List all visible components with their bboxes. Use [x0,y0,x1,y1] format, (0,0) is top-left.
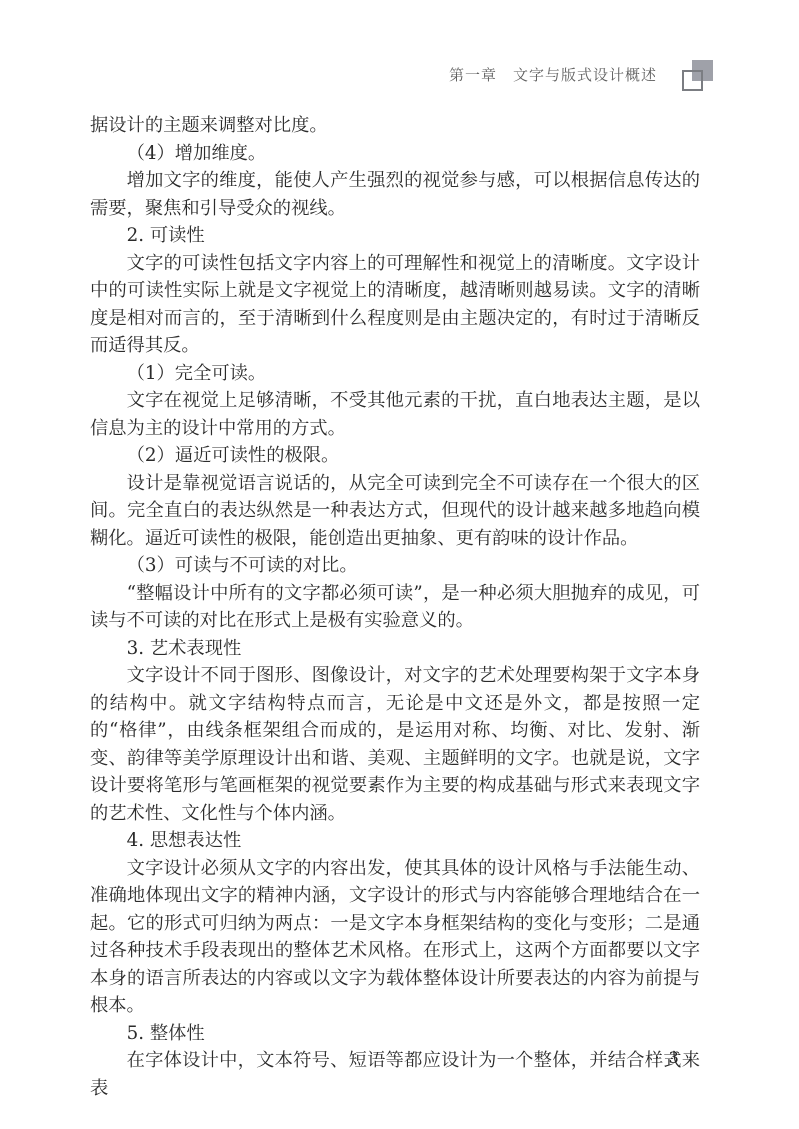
paragraph: （2）逼近可读性的极限。 [90,442,700,470]
page-footer: · 3 · [654,1048,695,1067]
section-heading: 2. 可读性 [90,222,700,250]
paragraph: （3）可读与不可读的对比。 [90,552,700,580]
page-header: 第一章 文字与版式设计概述 [90,58,719,104]
page-body: 据设计的主题来调整对比度。（4）增加维度。增加文字的维度，能使人产生强烈的视觉参… [90,112,700,1102]
overlapping-squares-icon [672,60,719,102]
book-page: 第一章 文字与版式设计概述 据设计的主题来调整对比度。（4）增加维度。增加文字的… [0,0,799,1129]
paragraph: 文字的可读性包括文字内容上的可理解性和视觉上的清晰度。文字设计中的可读性实际上就… [90,250,700,360]
chapter-title: 第一章 文字与版式设计概述 [449,64,657,85]
section-heading: 4. 思想表达性 [90,827,700,855]
paragraph: 在字体设计中，文本符号、短语等都应设计为一个整体，并结合样式来表 [90,1047,700,1102]
paragraph: 文字设计不同于图形、图像设计，对文字的艺术处理要构架于文字本身的结构中。就文字结… [90,662,700,827]
paragraph: 据设计的主题来调整对比度。 [90,112,700,140]
section-heading: 5. 整体性 [90,1020,700,1048]
section-heading: 3. 艺术表现性 [90,635,700,663]
paragraph: 文字在视觉上足够清晰，不受其他元素的干扰，直白地表达主题，是以信息为主的设计中常… [90,387,700,442]
paragraph: 增加文字的维度，能使人产生强烈的视觉参与感，可以根据信息传达的需要，聚焦和引导受… [90,167,700,222]
paragraph: （1）完全可读。 [90,360,700,388]
paragraph: 文字设计必须从文字的内容出发，使其具体的设计风格与手法能生动、准确地体现出文字的… [90,855,700,1020]
paragraph: 设计是靠视觉语言说话的，从完全可读到完全不可读存在一个很大的区间。完全直白的表达… [90,470,700,553]
outlined-square-icon [682,70,703,91]
paragraph: “整幅设计中所有的文字都必须可读”，是一种必须大胆抛弃的成见，可读与不可读的对比… [90,580,700,635]
paragraph: （4）增加维度。 [90,140,700,168]
page-number: · 3 · [654,1048,695,1067]
